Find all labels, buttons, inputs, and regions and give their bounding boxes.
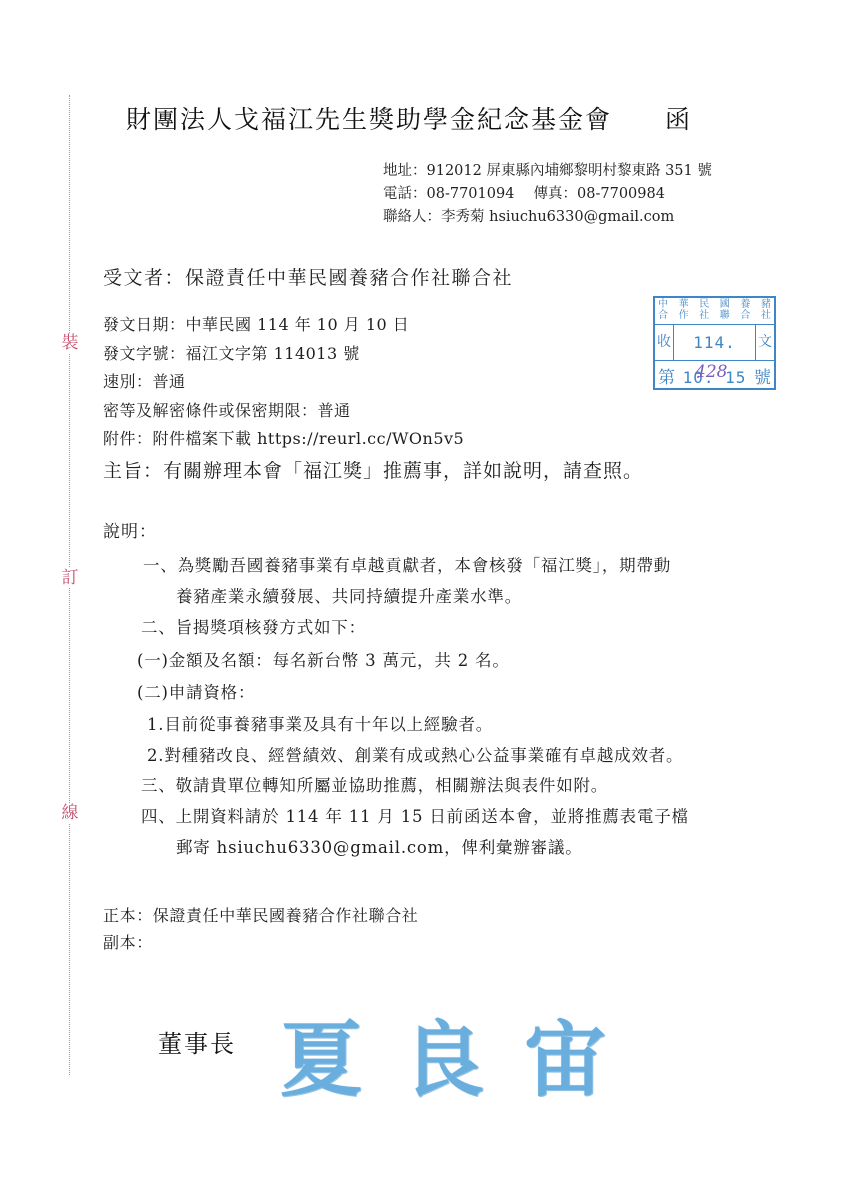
- binding-char-xian: 線: [60, 803, 80, 823]
- stamp-header-col: 國聯: [720, 299, 730, 323]
- stamp-header-col: 中合: [658, 299, 668, 323]
- stamp-char: 國: [720, 299, 730, 310]
- stamp-receive-char: 收: [655, 325, 674, 360]
- explanation-item-2: 二、旨揭獎項核發方式如下：: [141, 614, 366, 638]
- chairman-title: 董事長: [158, 1024, 236, 1059]
- stamp-char: 聯: [720, 310, 730, 321]
- explanation-item-2-sub-1: (一)金額及名額：每名新台幣 3 萬元，共 2 名。: [137, 647, 510, 671]
- qualification-2: 2.對種豬改良、經營績效、創業有成或熱心公益事業確有卓越成效者。: [147, 742, 683, 766]
- stamp-header: 中合 華作 民社 國聯 養合 豬社: [655, 298, 774, 325]
- stamp-date-row: 收 114. 10. 15 文: [655, 325, 774, 361]
- explanation-item-1-line-1: 一、為獎勵吾國養豬事業有卓越貢獻者，本會核發「福江獎」，期帶動: [143, 552, 671, 576]
- stamp-char: 社: [699, 310, 709, 321]
- stamp-header-col: 養合: [740, 299, 750, 323]
- explanation-item-1-line-2: 養豬產業永續發展、共同持續提升產業水準。: [176, 583, 522, 607]
- receipt-stamp: 中合 華作 民社 國聯 養合 豬社 收 114. 10. 15 文 第 428 …: [653, 296, 776, 390]
- stamp-char: 合: [740, 310, 750, 321]
- attachment-link[interactable]: 附件：附件檔案下載 https://reurl.cc/WOn5v5: [103, 426, 464, 449]
- explanation-label: 說明：: [103, 517, 157, 542]
- qualification-1: 1.目前從事養豬事業及具有十年以上經驗者。: [147, 711, 493, 735]
- contact-person-line: 聯絡人：李秀菊 hsiuchu6330@gmail.com: [383, 205, 674, 226]
- binding-char-ding: 訂: [60, 568, 80, 588]
- stamp-char: 中: [658, 299, 668, 310]
- stamp-char: 社: [761, 310, 771, 321]
- explanation-item-2-sub-2: (二)申請資格：: [137, 679, 255, 703]
- stamp-char: 養: [740, 299, 750, 310]
- address-line: 地址：912012 屏東縣內埔鄉黎明村黎東路 351 號: [383, 159, 712, 180]
- stamp-doc-char: 文: [755, 325, 774, 360]
- document-type: 函: [665, 100, 690, 136]
- delivery-speed: 速別：普通: [103, 369, 186, 392]
- stamp-char: 民: [699, 299, 709, 310]
- phone-fax-line: 電話：08-7701094 傳真：08-7700984: [383, 182, 665, 203]
- stamp-char: 作: [679, 310, 689, 321]
- stamp-char: 合: [658, 310, 668, 321]
- stamp-handwritten-number: 428: [695, 362, 727, 382]
- original-recipient: 正本：保證責任中華民國養豬合作社聯合社: [103, 903, 418, 926]
- explanation-item-3: 三、敬請貴單位轉知所屬並協助推薦，相關辦法與表件如附。: [141, 772, 608, 796]
- copy-recipient: 副本：: [103, 930, 153, 953]
- explanation-item-4-line-2: 郵寄 hsiuchu6330@gmail.com，俾利彙辦審議。: [176, 834, 583, 858]
- stamp-di-char: 第: [658, 363, 675, 388]
- stamp-header-col: 豬社: [761, 299, 771, 323]
- subject-line: 主旨：有關辦理本會「福江獎」推薦事，詳如說明，請查照。: [103, 456, 643, 483]
- stamp-header-col: 民社: [699, 299, 709, 323]
- stamp-number-row: 第 428 號: [655, 360, 774, 388]
- stamp-hao-char: 號: [754, 363, 771, 388]
- classification: 密等及解密條件或保密期限：普通: [103, 398, 351, 421]
- document-number: 發文字號：福江文字第 114013 號: [103, 341, 360, 364]
- issue-date: 發文日期：中華民國 114 年 10 月 10 日: [103, 312, 409, 335]
- stamp-char: 豬: [761, 299, 771, 310]
- explanation-item-4-line-1: 四、上開資料請於 114 年 11 月 15 日前函送本會，並將推薦表電子檔: [141, 803, 689, 827]
- stamp-char: 華: [679, 299, 689, 310]
- recipient-line: 受文者：保證責任中華民國養豬合作社聯合社: [103, 263, 513, 290]
- stamp-header-col: 華作: [679, 299, 689, 323]
- organization-title: 財團法人戈福江先生獎助學金紀念基金會: [126, 100, 612, 136]
- chairman-name-seal: 夏良宙: [280, 995, 646, 1112]
- binding-char-zhuang: 裝: [60, 333, 80, 353]
- official-letter-page: 裝 訂 線 財團法人戈福江先生獎助學金紀念基金會 函 地址：912012 屏東縣…: [0, 0, 849, 1200]
